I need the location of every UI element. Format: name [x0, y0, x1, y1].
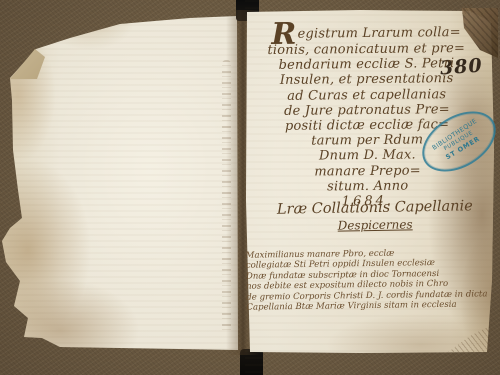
title-line-text: egistrum Lrarum colla= [297, 25, 460, 42]
body-paragraph: Maximilianus manare Pbro, ecclæ collegia… [246, 247, 491, 313]
open-manuscript-book-scan: 380 Registrum Lrarum colla= tionis, cano… [0, 0, 500, 375]
title-line: Registrum Lrarum colla= [252, 25, 480, 43]
illuminated-initial: R [271, 17, 297, 52]
pen-tick-top-right [462, 4, 472, 14]
section-heading: Lræ Collationis Capellanie Despicernes [270, 198, 481, 236]
